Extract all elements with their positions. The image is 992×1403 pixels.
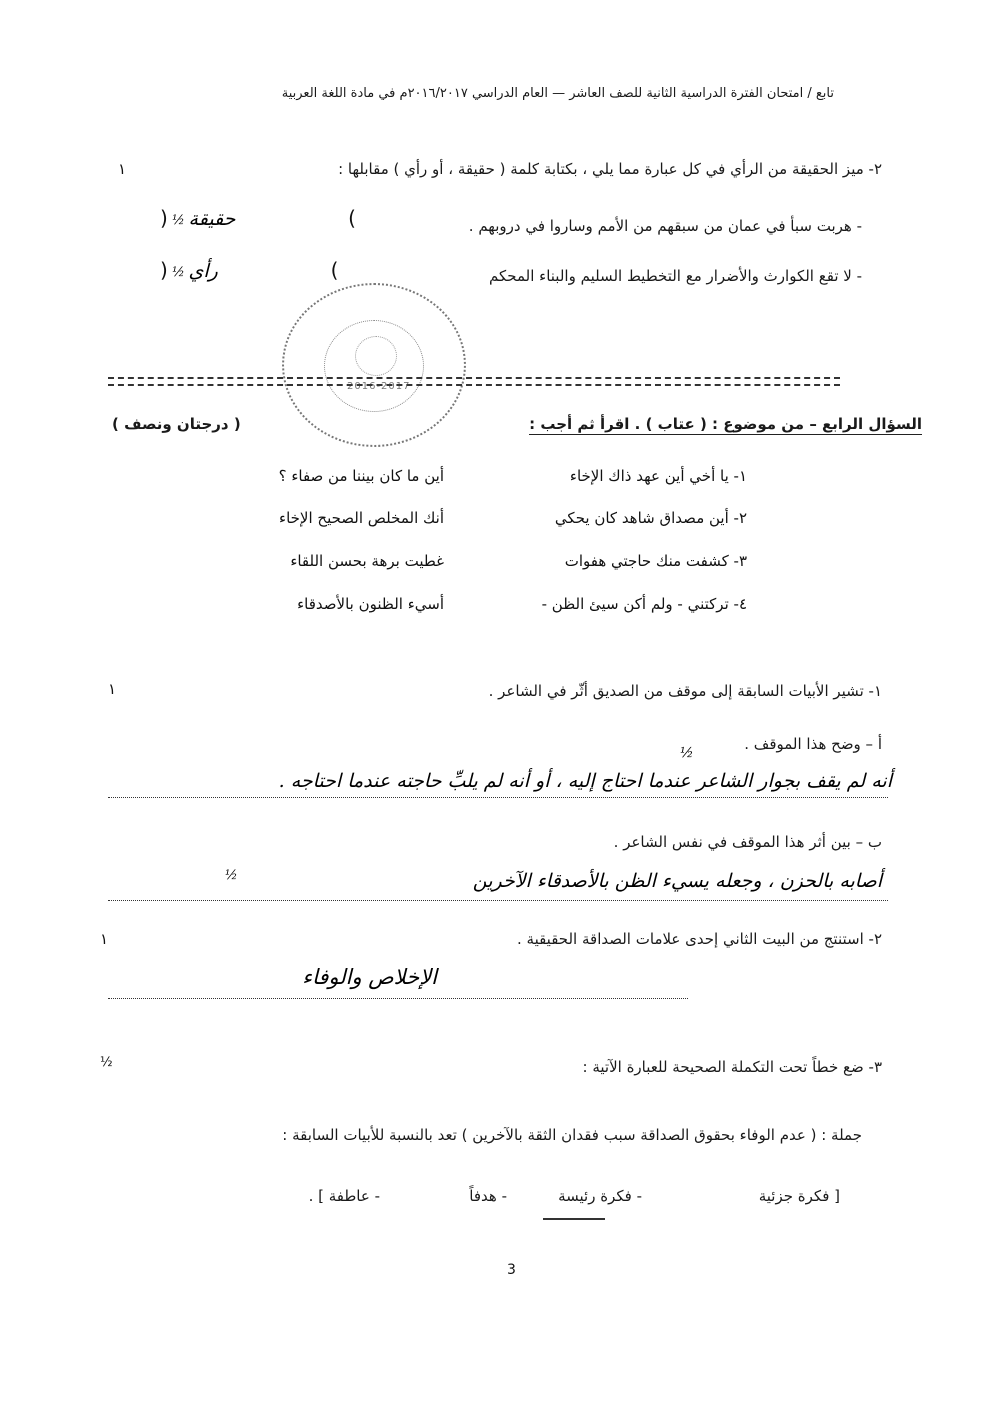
- grade-mark: ½: [680, 745, 694, 761]
- q4-title: السؤال الرابع – من موضوع : ( عتاب ) . اق…: [529, 415, 922, 435]
- q2-item-1-answer-box[interactable]: ) ½ حقيقة (: [160, 206, 356, 230]
- q4-sub2-prompt: ٢- استنتج من البيت الثاني إحدى علامات ال…: [517, 930, 882, 948]
- option-3[interactable]: - هدفاً: [469, 1187, 507, 1205]
- close-paren: (: [331, 258, 339, 282]
- option-1[interactable]: [ فكرة جزئية: [759, 1187, 840, 1205]
- stamp-inner-ring: 2016-2017: [324, 320, 424, 412]
- open-paren: ): [160, 206, 168, 230]
- poem-verse-4-first: ٤- تركتني - ولم أكن سيئ الظن -: [542, 595, 747, 613]
- q4-sub3-mark: ½: [100, 1055, 113, 1070]
- q4-sub2-answer[interactable]: الإخلاص والوفاء: [302, 965, 437, 989]
- q2-item-2-answer-box[interactable]: ) ½ رأي (: [160, 258, 338, 282]
- q2-item-2-answer: رأي: [189, 260, 218, 282]
- q2-item-2-text: - لا تقع الكوارث والأضرار مع التخطيط الس…: [489, 267, 862, 285]
- poem-verse-4-second: أسيء الظنون بالأصدقاء: [297, 595, 444, 613]
- option-4[interactable]: - عاطفة ] .: [309, 1187, 380, 1205]
- q4-sub3-sentence: جملة : ( عدم الوفاء بحقوق الصداقة سبب فق…: [282, 1126, 862, 1144]
- answer-line: [108, 998, 688, 999]
- page-number: 3: [507, 1262, 516, 1278]
- q2-mark: ١: [118, 160, 126, 178]
- poem-verse-1-first: ١- يا أخي أين عهد ذاك الإخاء: [570, 467, 747, 485]
- q4-sub1-mark: ١: [108, 680, 116, 698]
- grade-mark: ½: [172, 265, 185, 280]
- answer-line: [108, 900, 888, 901]
- option-2-selected[interactable]: - فكرة رئيسة: [558, 1187, 642, 1205]
- poem-verse-1-second: أين ما كان بيننا من صفاء ؟: [279, 467, 444, 485]
- school-stamp: 2016-2017: [282, 283, 466, 447]
- poem-verse-2-first: ٢- أين مصداق شاهد كان يحكي: [555, 509, 747, 527]
- exam-header: تابع / امتحان الفترة الدراسية الثانية لل…: [282, 86, 834, 101]
- q2-item-1-answer: حقيقة: [189, 208, 236, 230]
- q4-sub1-a-label: أ – وضح هذا الموقف .: [744, 735, 882, 753]
- q4-sub1-a-answer[interactable]: أنه لم يقف بجوار الشاعر عندما احتاج إليه…: [279, 770, 892, 792]
- q2-item-1-text: - هربت سبأ في عمان من سبقهم من الأمم وسا…: [469, 217, 862, 235]
- q4-sub1-prompt: ١- تشير الأبيات السابقة إلى موقف من الصد…: [489, 682, 882, 700]
- grade-mark: ½: [172, 213, 185, 228]
- q4-marks: ( درجتان ونصف ): [112, 415, 241, 433]
- stamp-emblem-icon: [355, 336, 397, 376]
- selection-underline: [543, 1218, 605, 1220]
- q4-sub1-b-label: ب – بين أثر هذا الموقف في نفس الشاعر .: [614, 833, 882, 851]
- close-paren: (: [348, 206, 356, 230]
- q4-sub2-mark: ١: [100, 930, 108, 948]
- q4-sub1-b-answer[interactable]: أصابه بالحزن ، وجعله يسيء الظن بالأصدقاء…: [473, 870, 882, 892]
- poem-verse-2-second: أنك المخلص الصحيح الإخاء: [279, 509, 444, 527]
- grade-mark: ½: [225, 868, 238, 883]
- q4-sub3-prompt: ٣- ضع خطاً تحت التكملة الصحيحة للعبارة ا…: [583, 1058, 882, 1076]
- section-divider: [108, 377, 840, 386]
- q2-prompt: ٢- ميز الحقيقة من الرأي في كل عبارة مما …: [338, 160, 882, 178]
- poem-verse-3-first: ٣- كشفت منك حاجتي هفوات: [565, 552, 747, 570]
- answer-line: [108, 797, 888, 798]
- open-paren: ): [160, 258, 168, 282]
- poem-verse-3-second: غطيت برهة بحسن اللقاء: [290, 552, 444, 570]
